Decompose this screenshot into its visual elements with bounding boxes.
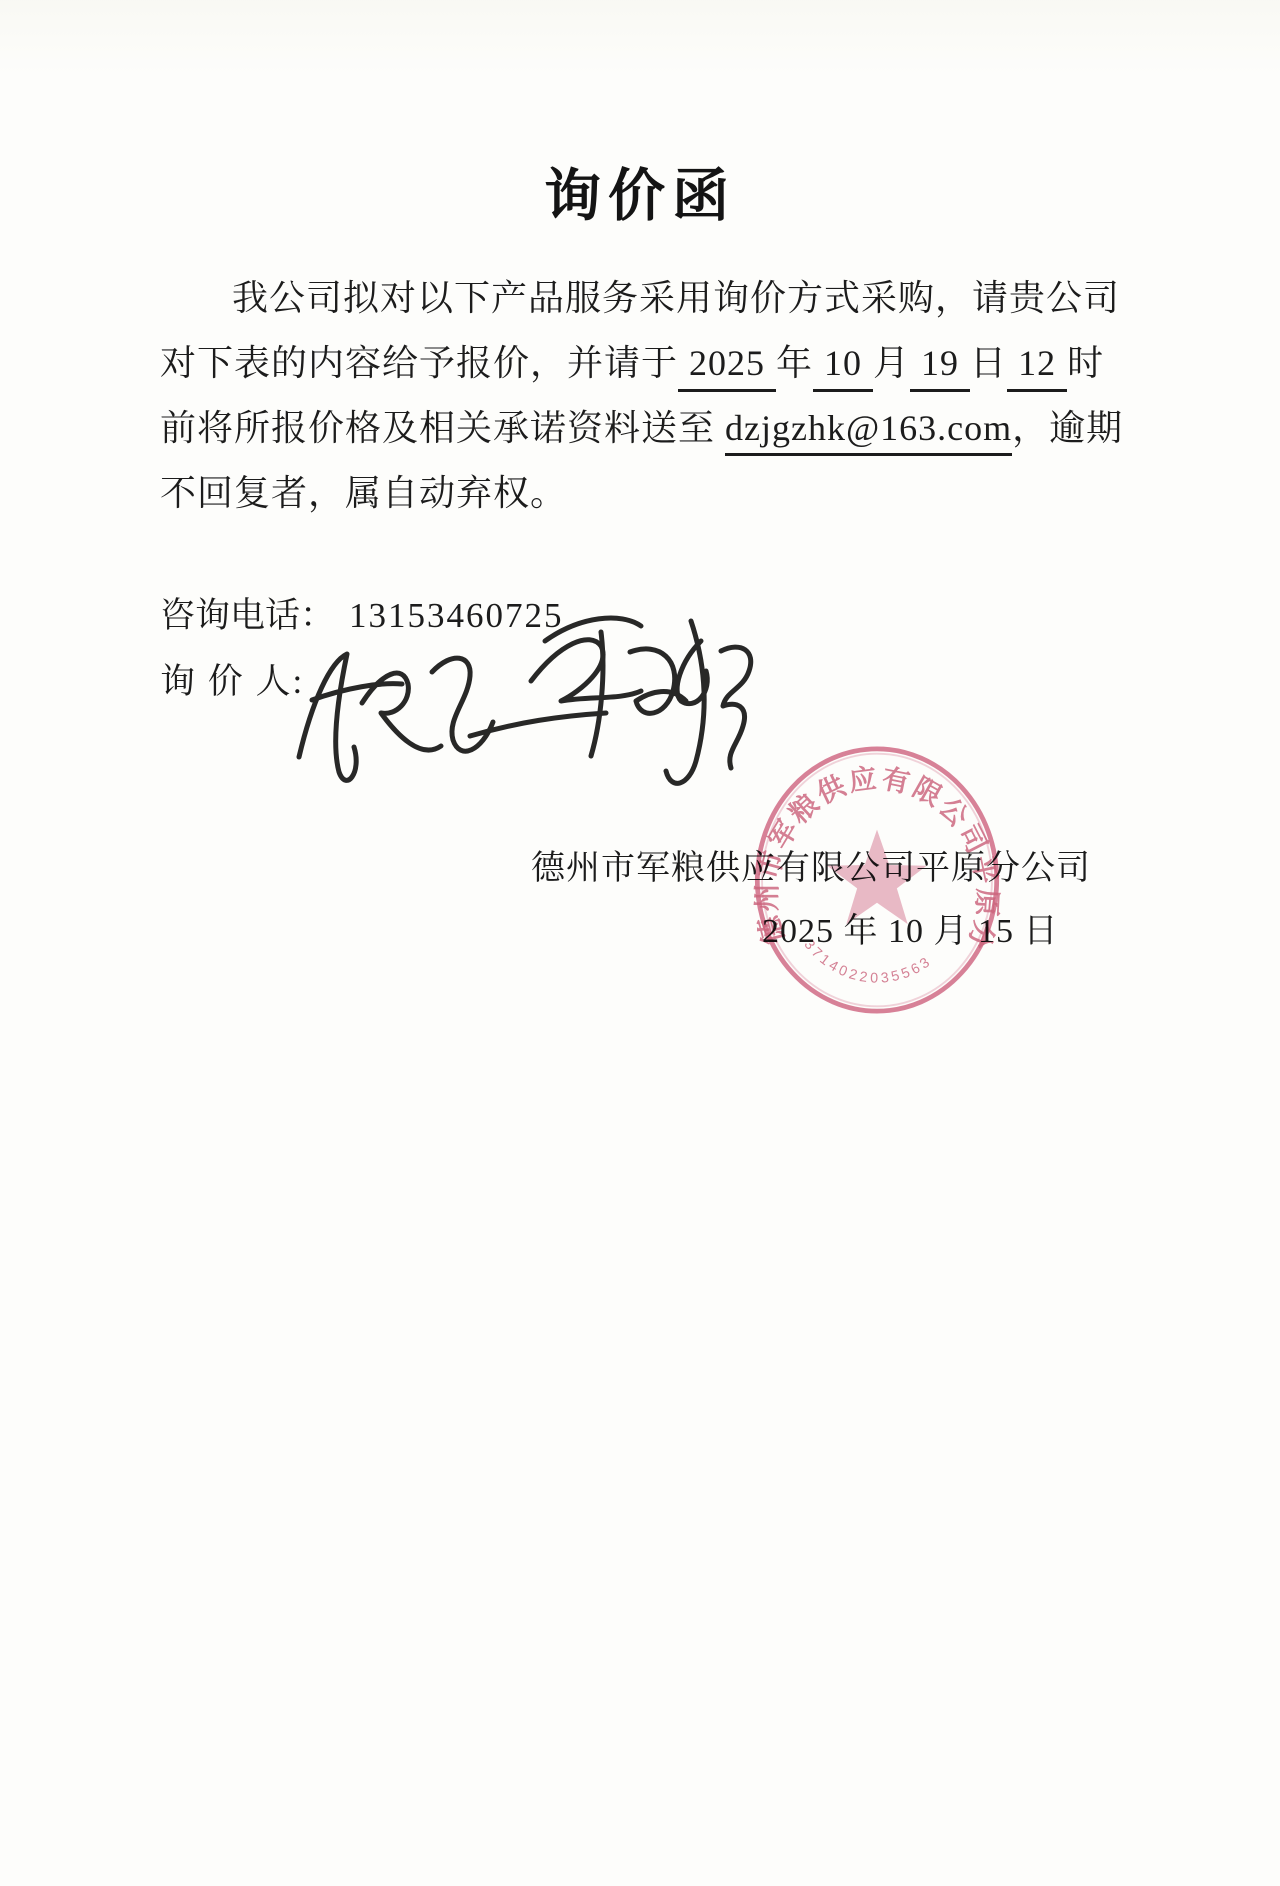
scanned-inquiry-letter: 询价函 我公司拟对以下产品服务采用询价方式采购，请贵公司 对下表的内容给予报价，… [0,0,1280,1886]
day-unit: 日 [970,343,1007,383]
deadline-hour: 12 [1007,337,1067,392]
signature-3-stroke [721,647,751,768]
body-line-2: 对下表的内容给予报价，并请于2025年10月19日12时 [160,331,1100,396]
signature-1-stroke [312,684,402,700]
line3-prefix: 前将所报价格及相关承诺资料送至 [160,408,725,448]
hour-unit: 时 [1067,343,1104,383]
deadline-year: 2025 [678,337,776,392]
month-unit: 月 [873,343,910,383]
line2-prefix: 对下表的内容给予报价，并请于 [160,343,678,383]
handwritten-signatures [258,594,778,809]
body-line-4: 不回复者，属自动弃权。 [160,461,1100,526]
signoff-date: 2025 年 10 月 15 日 [762,903,1059,952]
line3-suffix: ，逾期 [1012,408,1123,448]
signature-2-stroke [591,632,603,756]
company-name: 德州市军粮供应有限公司平原分公司 [531,840,1091,889]
year-unit: 年 [776,343,813,383]
signature-1-stroke [299,654,356,780]
deadline-day: 19 [910,337,970,392]
signature-2-stroke [545,618,641,641]
signature-2-stroke [531,640,641,701]
deadline-month: 10 [813,337,873,392]
signature-1-stroke [432,658,493,751]
letter-body: 我公司拟对以下产品服务采用询价方式采购，请贵公司 对下表的内容给予报价，并请于2… [160,266,1100,526]
page-title: 询价函 [160,150,1120,232]
email-address: dzjgzhk@163.com [725,403,1012,456]
body-line-3: 前将所报价格及相关承诺资料送至 dzjgzhk@163.com，逾期 [160,396,1100,461]
body-line-1: 我公司拟对以下产品服务采用询价方式采购，请贵公司 [160,266,1100,331]
